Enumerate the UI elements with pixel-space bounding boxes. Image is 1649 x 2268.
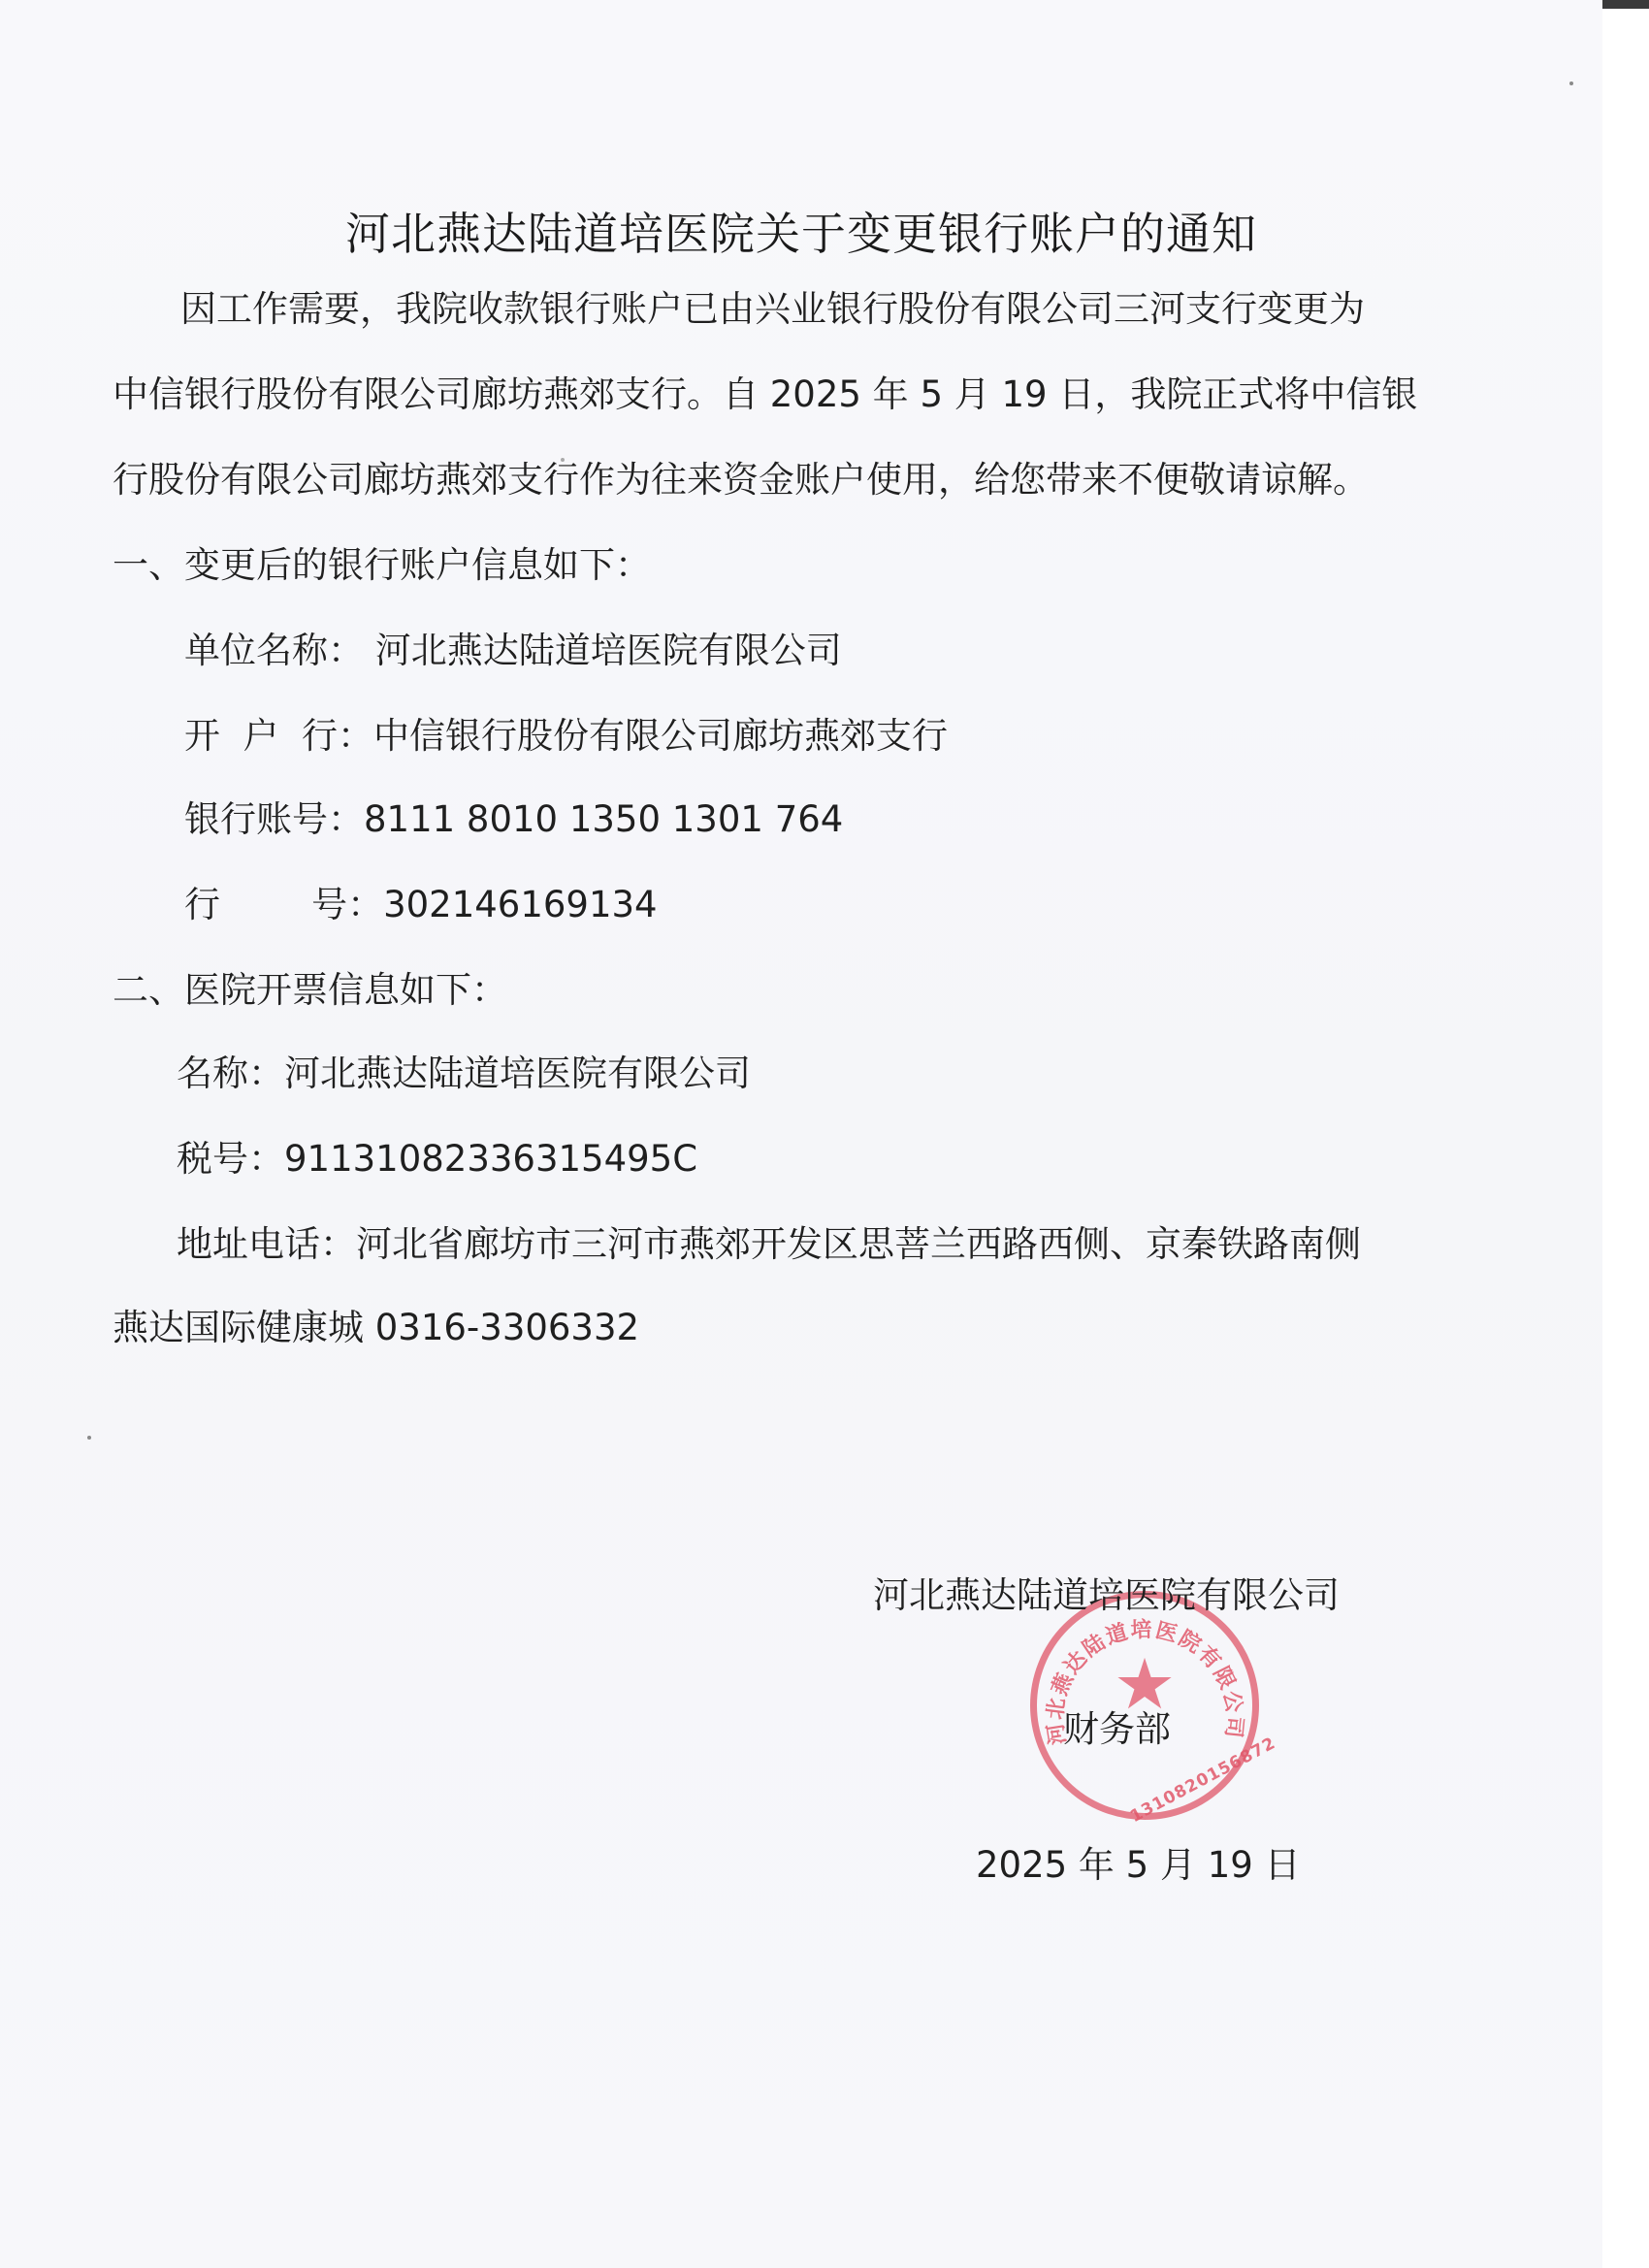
scanner-edge [1602,0,1649,9]
signature-organization: 河北燕达陆道培医院有限公司 [873,1566,1340,1618]
document-title: 河北燕达陆道培医院关于变更银行账户的通知 [0,199,1602,263]
account-name-label: 单位名称： [184,630,364,671]
account-number-value: 8111 8010 1350 1301 764 [364,798,843,840]
invoice-name-label: 名称： [177,1053,284,1094]
bank-code-row: 行 号：302146169134 [184,887,658,923]
intro-line-2: 中信银行股份有限公司廊坊燕郊支行。自 2025 年 5 月 19 日，我院正式将… [113,376,1417,412]
intro-line-3: 行股份有限公司廊坊燕郊支行作为往来资金账户使用，给您带来不便敬请谅解。 [113,462,1369,498]
tax-id-value: 91131082336315495C [284,1138,697,1180]
intro-line-1: 因工作需要，我院收款银行账户已由兴业银行股份有限公司三河支行变更为 [180,291,1365,327]
signature-date: 2025 年 5 月 19 日 [976,1835,1301,1888]
signature-department: 财务部 [1063,1700,1171,1752]
document-page: 河北燕达陆道培医院关于变更银行账户的通知 因工作需要，我院收款银行账户已由兴业银… [0,0,1602,2268]
section2-heading: 二、医院开票信息如下： [113,972,507,1008]
account-name-value: 河北燕达陆道培医院有限公司 [364,630,842,671]
section1-heading: 一、变更后的银行账户信息如下： [113,547,651,583]
address-phone-row: 地址电话：河北省廊坊市三河市燕郊开发区思菩兰西路西侧、京秦铁路南侧 [177,1226,1361,1262]
bank-code-value: 302146169134 [383,884,658,925]
account-number-row: 银行账号：8111 8010 1350 1301 764 [184,801,843,837]
scan-speck [1569,81,1573,85]
invoice-name-value: 河北燕达陆道培医院有限公司 [284,1053,751,1094]
page-edge [1602,0,1649,2268]
scan-speck [87,1436,91,1440]
tax-id-row: 税号：91131082336315495C [177,1141,697,1177]
bank-code-label: 行 号： [184,884,383,925]
scan-speck [561,458,565,462]
address-phone-value: 河北省廊坊市三河市燕郊开发区思菩兰西路西侧、京秦铁路南侧 [356,1223,1361,1265]
address-continued: 燕达国际健康城 0316-3306332 [113,1310,639,1345]
bank-branch-label: 开 户 行： [184,715,373,757]
address-phone-label: 地址电话： [177,1223,356,1265]
bank-branch-row: 开 户 行：中信银行股份有限公司廊坊燕郊支行 [184,718,948,754]
account-name-row: 单位名称： 河北燕达陆道培医院有限公司 [184,632,842,668]
account-number-label: 银行账号： [184,798,364,840]
bank-branch-value: 中信银行股份有限公司廊坊燕郊支行 [373,715,948,757]
invoice-name-row: 名称：河北燕达陆道培医院有限公司 [177,1055,751,1091]
tax-id-label: 税号： [177,1138,284,1180]
